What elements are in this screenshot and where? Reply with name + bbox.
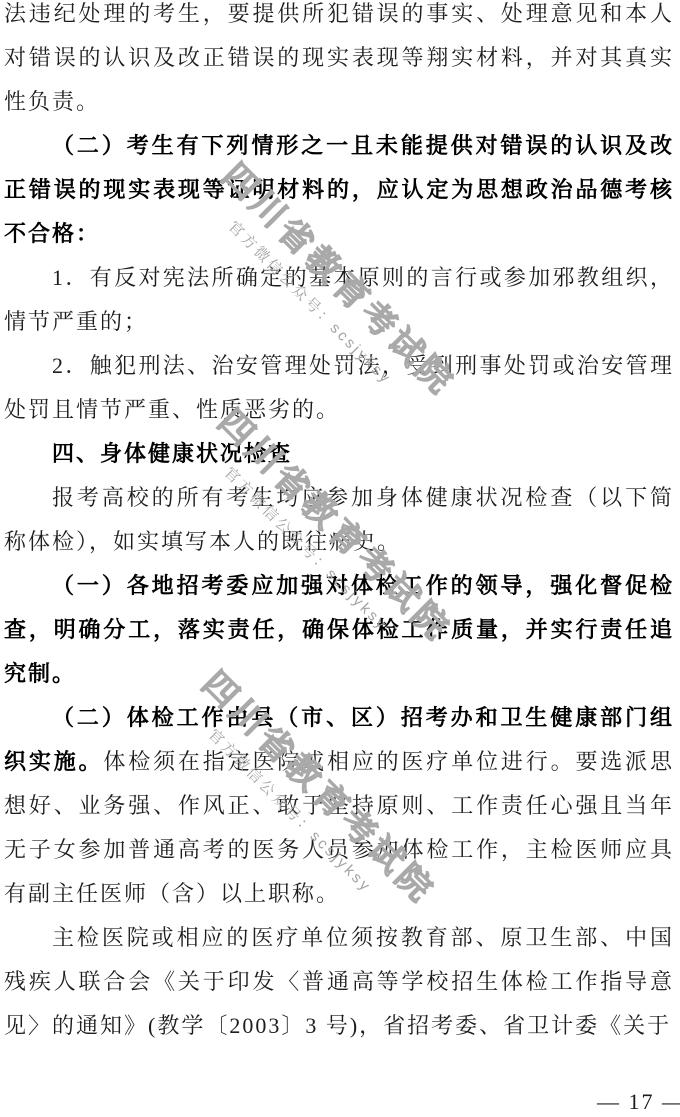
- paragraph-physical-exam-intro: 报考高校的所有考生均应参加身体健康状况检查（以下简称体检），如实填写本人的既往病…: [4, 476, 674, 564]
- paragraph-hospital-requirements: 主检医院或相应的医疗单位须按教育部、原卫生部、中国残疾人联合会《关于印发〈普通高…: [4, 916, 674, 1048]
- paragraph-continuation: 法违纪处理的考生，要提供所犯错误的事实、处理意见和本人对错误的认识及改正错误的现…: [4, 0, 674, 124]
- paragraph-subsection-2-body: 体检须在指定医院或相应的医疗单位进行。要选派思想好、业务强、作风正、敢于坚持原则…: [4, 749, 674, 906]
- paragraph-list-item-1: 1．有反对宪法所确定的基本原则的言行或参加邪教组织，情节严重的；: [4, 256, 674, 344]
- paragraph-item-2-heading: （二）考生有下列情形之一且未能提供对错误的认识及改正错误的现实表现等证明材料的，…: [4, 124, 674, 256]
- page-number: — 17 —: [597, 1089, 680, 1115]
- paragraph-list-item-2: 2．触犯刑法、治安管理处罚法，受到刑事处罚或治安管理处罚且情节严重、性质恶劣的。: [4, 344, 674, 432]
- paragraph-subsection-2: （二）体检工作由县（市、区）招考办和卫生健康部门组织实施。体检须在指定医院或相应…: [4, 696, 674, 916]
- paragraph-subsection-1: （一）各地招考委应加强对体检工作的领导，强化督促检查，明确分工，落实责任，确保体…: [4, 564, 674, 696]
- document-page: 法违纪处理的考生，要提供所犯错误的事实、处理意见和本人对错误的认识及改正错误的现…: [0, 0, 680, 1117]
- document-body-text: 法违纪处理的考生，要提供所犯错误的事实、处理意见和本人对错误的认识及改正错误的现…: [0, 0, 680, 1048]
- section-heading-4: 四、身体健康状况检查: [4, 432, 674, 476]
